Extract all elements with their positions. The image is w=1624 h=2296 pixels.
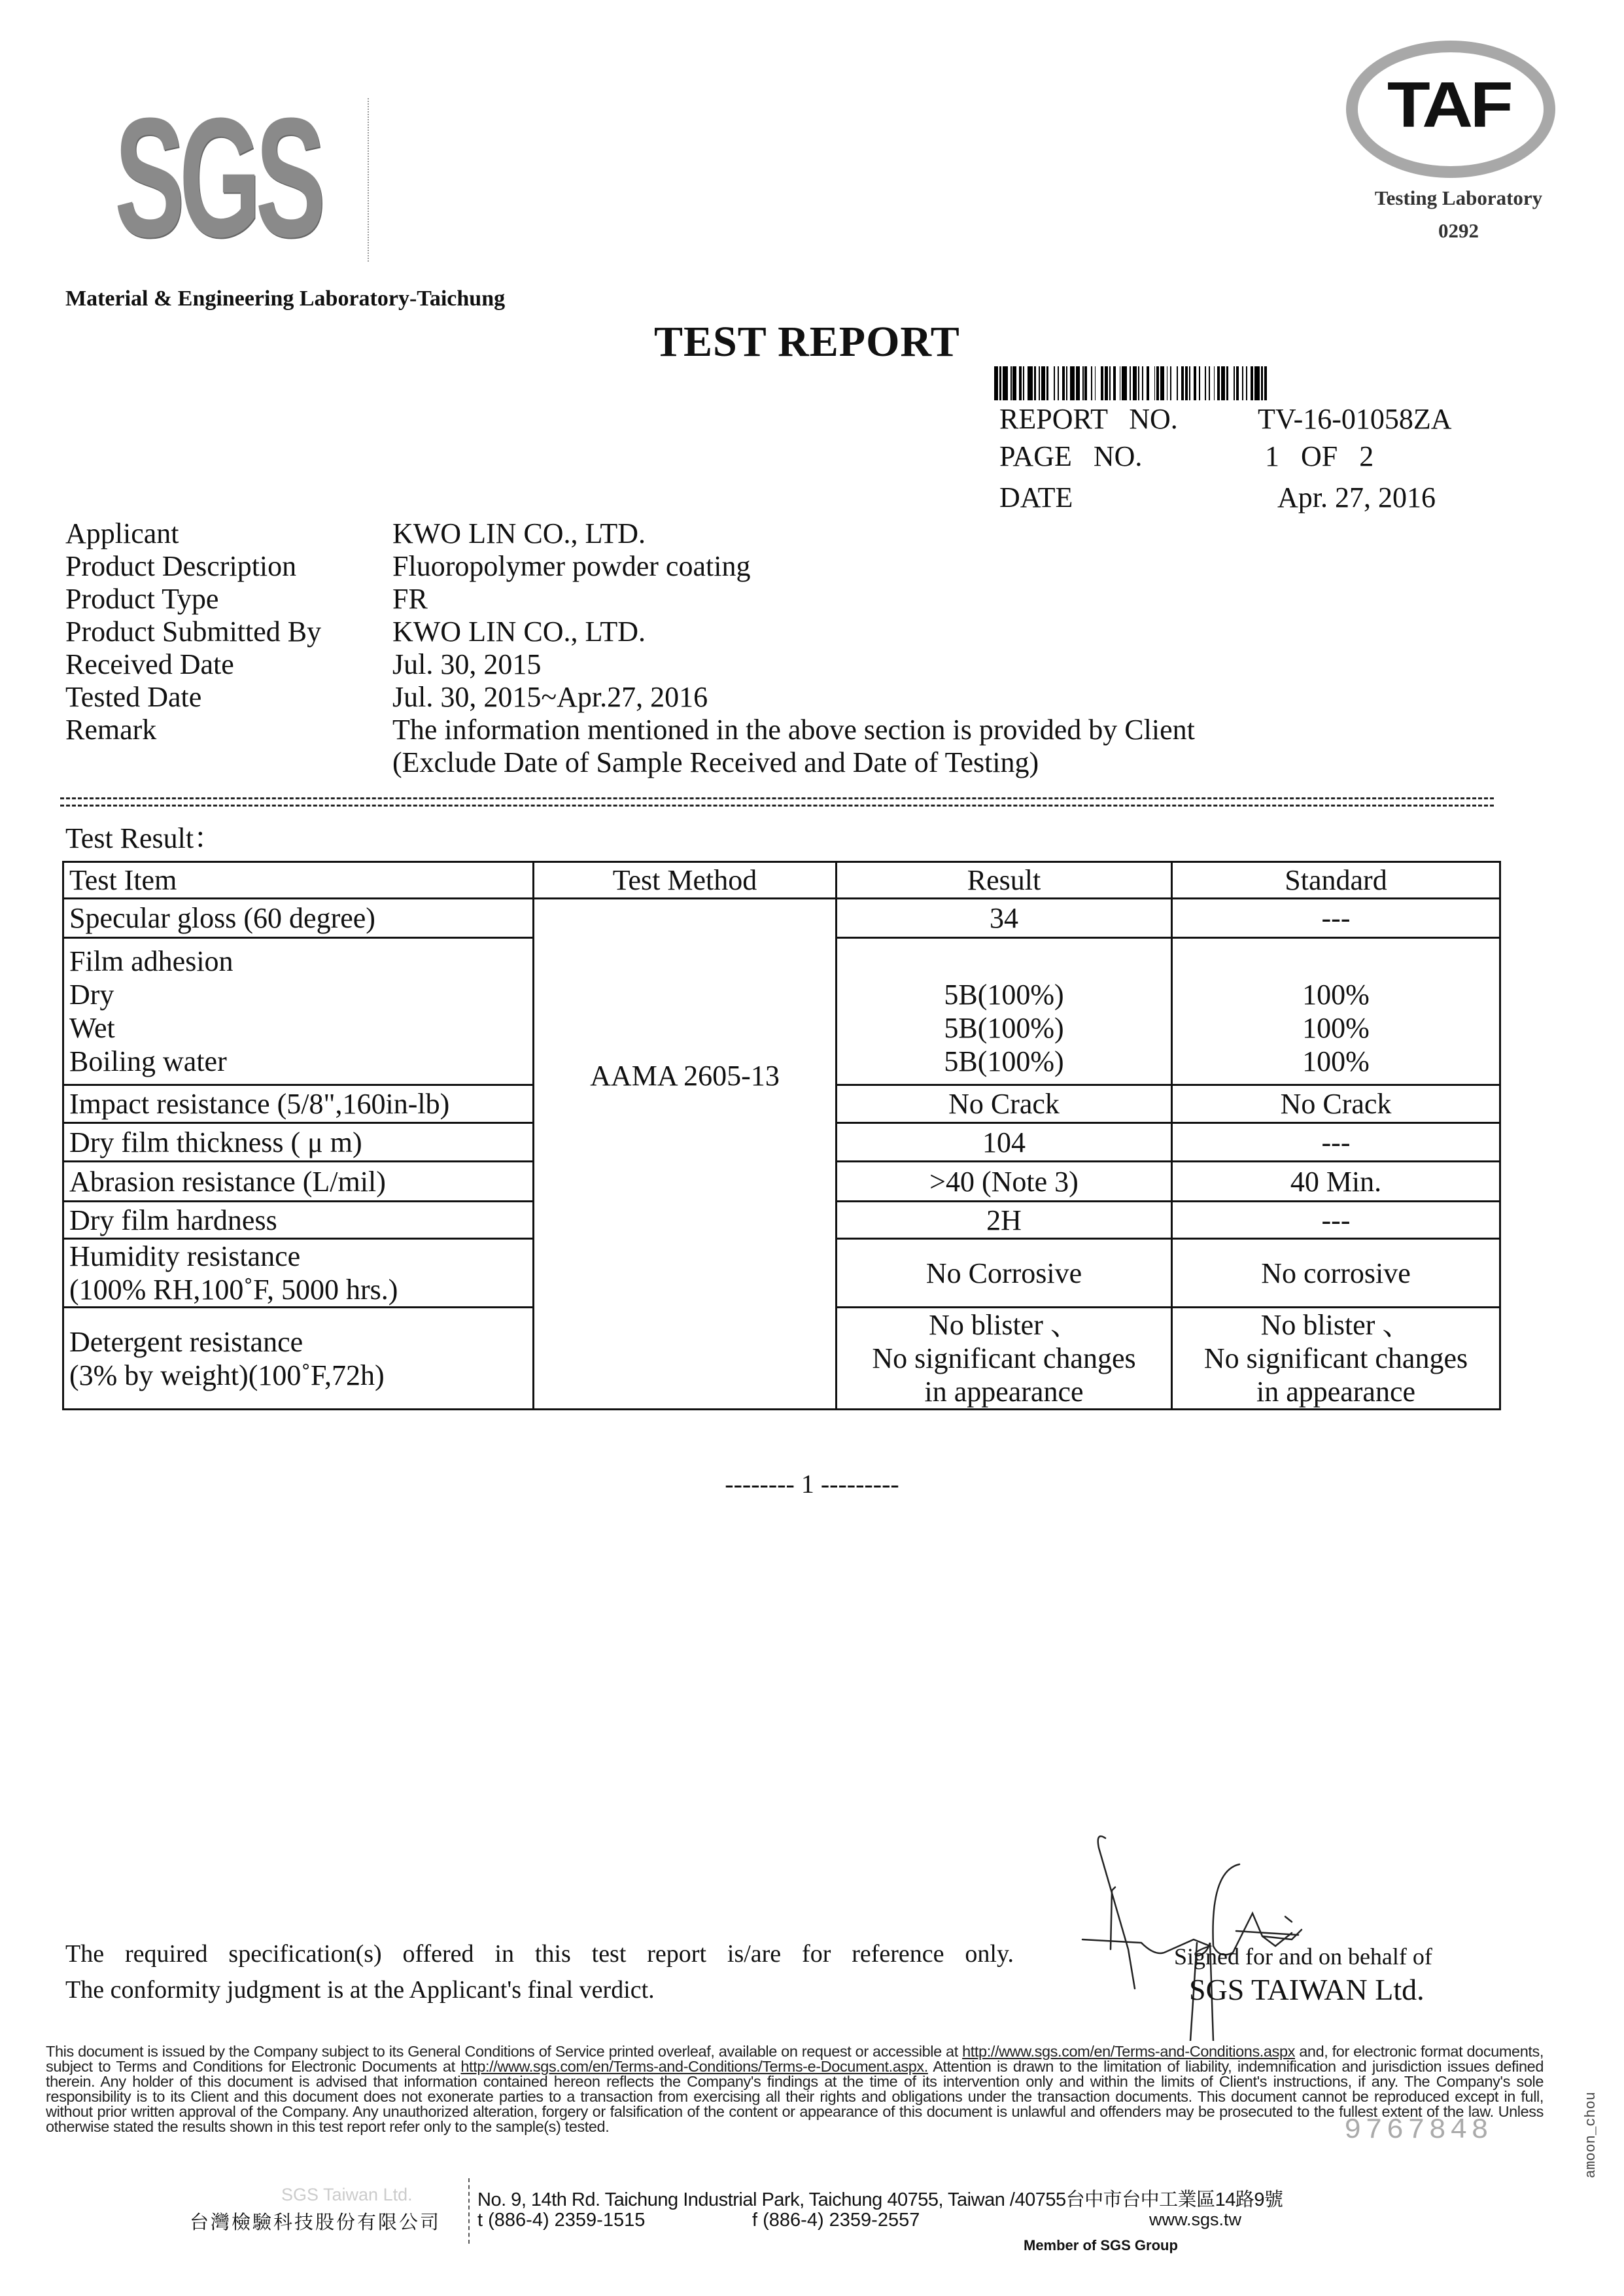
standard-cell: No corrosive: [1172, 1239, 1500, 1308]
standard-cell: ---: [1172, 1202, 1500, 1239]
info-value: Jul. 30, 2015~Apr.27, 2016: [392, 680, 708, 714]
signature-scribble: [1066, 1818, 1406, 2041]
info-label: Product Type: [65, 582, 392, 616]
result-cell-line: 5B(100%): [842, 1011, 1166, 1045]
info-value: Jul. 30, 2015: [392, 648, 541, 681]
result-cell-line: >40 (Note 3): [842, 1165, 1166, 1198]
test-item-cell-line: (100% RH,100˚F, 5000 hrs.): [69, 1273, 527, 1306]
signing-company: SGS TAIWAN Ltd.: [1189, 1972, 1425, 2007]
test-item-cell: Dry film thickness ( μ m): [63, 1123, 534, 1162]
result-cell: 104: [837, 1123, 1172, 1162]
info-value: KWO LIN CO., LTD.: [392, 517, 646, 550]
legal-disclaimer: This document is issued by the Company s…: [46, 2044, 1544, 2134]
standard-cell: ---: [1172, 1123, 1500, 1162]
result-cell-line: No Corrosive: [842, 1257, 1166, 1290]
footer-divider: [468, 2178, 470, 2244]
table-row: Specular gloss (60 degree)AAMA 2605-1334…: [63, 899, 1500, 938]
standard-cell-line: No corrosive: [1178, 1257, 1494, 1290]
result-cell-line: No significant changes: [842, 1342, 1166, 1375]
test-item-cell: Dry film hardness: [63, 1202, 534, 1239]
col-result: Result: [837, 862, 1172, 899]
table-header-row: Test Item Test Method Result Standard: [63, 862, 1500, 899]
standard-cell: 100%100%100%: [1172, 938, 1500, 1085]
result-cell-line: [842, 945, 1166, 978]
test-method-cell: AAMA 2605-13: [534, 899, 837, 1410]
test-result-label: Test Result：: [65, 814, 222, 856]
standard-cell-line: 100%: [1178, 1045, 1494, 1078]
sgs-logo: SGS: [114, 111, 273, 245]
result-cell: 5B(100%)5B(100%)5B(100%): [837, 938, 1172, 1085]
date-label: DATE: [999, 481, 1258, 514]
standard-cell: No Crack: [1172, 1085, 1500, 1123]
accreditation-number: 0292: [1360, 219, 1557, 243]
test-item-cell-line: Specular gloss (60 degree): [69, 901, 527, 935]
test-item-cell: Abrasion resistance (L/mil): [63, 1162, 534, 1202]
reference-note: The required specification(s) offered in…: [65, 1936, 1014, 2008]
footer-fax: f (886-4) 2359-2557: [752, 2210, 920, 2231]
test-item-cell: Humidity resistance(100% RH,100˚F, 5000 …: [63, 1239, 534, 1308]
report-number-value: TV-16-01058ZA: [1258, 403, 1452, 435]
standard-cell-line: ---: [1178, 1204, 1494, 1237]
test-item-cell-line: Detergent resistance: [69, 1325, 527, 1359]
result-cell: 2H: [837, 1202, 1172, 1239]
result-cell-line: No blister 、: [842, 1308, 1166, 1342]
test-item-cell-line: Dry: [69, 978, 527, 1011]
info-label: Remark: [65, 713, 392, 746]
standard-cell-line: ---: [1178, 901, 1494, 935]
standard-cell: ---: [1172, 899, 1500, 938]
reference-note-line1: The required specification(s) offered in…: [65, 1936, 1014, 1972]
test-item-cell-line: (3% by weight)(100˚F,72h): [69, 1359, 527, 1392]
info-label: Received Date: [65, 648, 392, 681]
result-cell: No Crack: [837, 1085, 1172, 1123]
footer-telephone: t (886-4) 2359-1515: [477, 2210, 645, 2231]
page-title: TEST REPORT: [654, 317, 960, 367]
test-item-cell: Impact resistance (5/8",160in-lb): [63, 1085, 534, 1123]
test-item-cell-line: Boiling water: [69, 1045, 527, 1078]
result-cell-line: 5B(100%): [842, 978, 1166, 1011]
standard-cell-line: No blister 、: [1178, 1308, 1494, 1342]
standard-cell-line: No Crack: [1178, 1087, 1494, 1121]
footer-address: No. 9, 14th Rd. Taichung Industrial Park…: [477, 2185, 1283, 2212]
col-standard: Standard: [1172, 862, 1500, 899]
footer-company-en: SGS Taiwan Ltd.: [281, 2185, 413, 2205]
info-label: Applicant: [65, 517, 392, 550]
page-number-value: 1 OF 2: [1258, 440, 1373, 472]
lab-name: Material & Engineering Laboratory-Taichu…: [65, 287, 505, 311]
side-user-stamp: amoon_chou: [1583, 2092, 1599, 2178]
test-item-cell: Film adhesionDryWetBoiling water: [63, 938, 534, 1085]
result-cell: No Corrosive: [837, 1239, 1172, 1308]
section-divider: [60, 797, 1494, 807]
test-item-cell: Detergent resistance(3% by weight)(100˚F…: [63, 1308, 534, 1410]
report-number-label: REPORT NO.: [999, 402, 1258, 436]
result-cell: No blister 、No significant changesin app…: [837, 1308, 1172, 1410]
reference-note-line2: The conformity judgment is at the Applic…: [65, 1972, 1014, 2008]
page-number-row: PAGE NO. 1 OF 2: [999, 440, 1373, 473]
result-cell-line: 104: [842, 1126, 1166, 1159]
test-item-cell: Specular gloss (60 degree): [63, 899, 534, 938]
standard-cell-line: 40 Min.: [1178, 1165, 1494, 1198]
page-marker: -------- 1 ---------: [0, 1469, 1624, 1499]
footer-member: Member of SGS Group: [1024, 2237, 1178, 2254]
footer-company-cn: 台灣檢驗科技股份有限公司: [190, 2208, 441, 2235]
info-value: (Exclude Date of Sample Received and Dat…: [392, 746, 1039, 779]
test-item-cell-line: Abrasion resistance (L/mil): [69, 1165, 527, 1198]
col-test-method: Test Method: [534, 862, 837, 899]
test-item-cell-line: Dry film hardness: [69, 1204, 527, 1237]
info-value: KWO LIN CO., LTD.: [392, 615, 646, 648]
test-item-cell-line: Impact resistance (5/8",160in-lb): [69, 1087, 527, 1121]
info-value: Fluoropolymer powder coating: [392, 549, 750, 583]
serial-stamp: 9767848: [1344, 2114, 1493, 2147]
result-cell-line: No Crack: [842, 1087, 1166, 1121]
test-item-cell-line: Humidity resistance: [69, 1240, 527, 1273]
standard-cell: 40 Min.: [1172, 1162, 1500, 1202]
info-label: Tested Date: [65, 680, 392, 714]
standard-cell-line: in appearance: [1178, 1375, 1494, 1408]
info-value: FR: [392, 582, 428, 616]
date-value: Apr. 27, 2016: [1277, 481, 1436, 513]
col-test-item: Test Item: [63, 862, 534, 899]
results-table: Test Item Test Method Result Standard Sp…: [62, 861, 1501, 1410]
date-row: DATEApr. 27, 2016: [999, 481, 1416, 514]
standard-cell-line: 100%: [1178, 1011, 1494, 1045]
info-label: Product Description: [65, 549, 392, 583]
barcode: [994, 366, 1416, 400]
test-item-cell-line: Film adhesion: [69, 945, 527, 978]
accreditation-label: Testing Laboratory: [1360, 186, 1557, 210]
result-cell-line: 5B(100%): [842, 1045, 1166, 1078]
standard-cell-line: No significant changes: [1178, 1342, 1494, 1375]
report-number-row: REPORT NO.TV-16-01058ZA: [999, 402, 1452, 436]
taf-logo: TAF: [1377, 78, 1521, 131]
footer-website-link[interactable]: www.sgs.tw: [1149, 2210, 1241, 2230]
standard-cell: No blister 、No significant changesin app…: [1172, 1308, 1500, 1410]
info-label: Product Submitted By: [65, 615, 392, 648]
result-cell-line: 34: [842, 901, 1166, 935]
standard-cell-line: [1178, 945, 1494, 978]
page-number-label: PAGE NO.: [999, 440, 1258, 473]
result-cell-line: 2H: [842, 1204, 1166, 1237]
result-cell: >40 (Note 3): [837, 1162, 1172, 1202]
result-cell-line: in appearance: [842, 1375, 1166, 1408]
standard-cell-line: 100%: [1178, 978, 1494, 1011]
logo-divider: [368, 98, 370, 262]
test-item-cell-line: Dry film thickness ( μ m): [69, 1126, 527, 1159]
info-value: The information mentioned in the above s…: [392, 713, 1195, 746]
standard-cell-line: ---: [1178, 1126, 1494, 1159]
result-cell: 34: [837, 899, 1172, 938]
signed-for-label: Signed for and on behalf of: [1174, 1943, 1432, 1970]
test-item-cell-line: Wet: [69, 1011, 527, 1045]
